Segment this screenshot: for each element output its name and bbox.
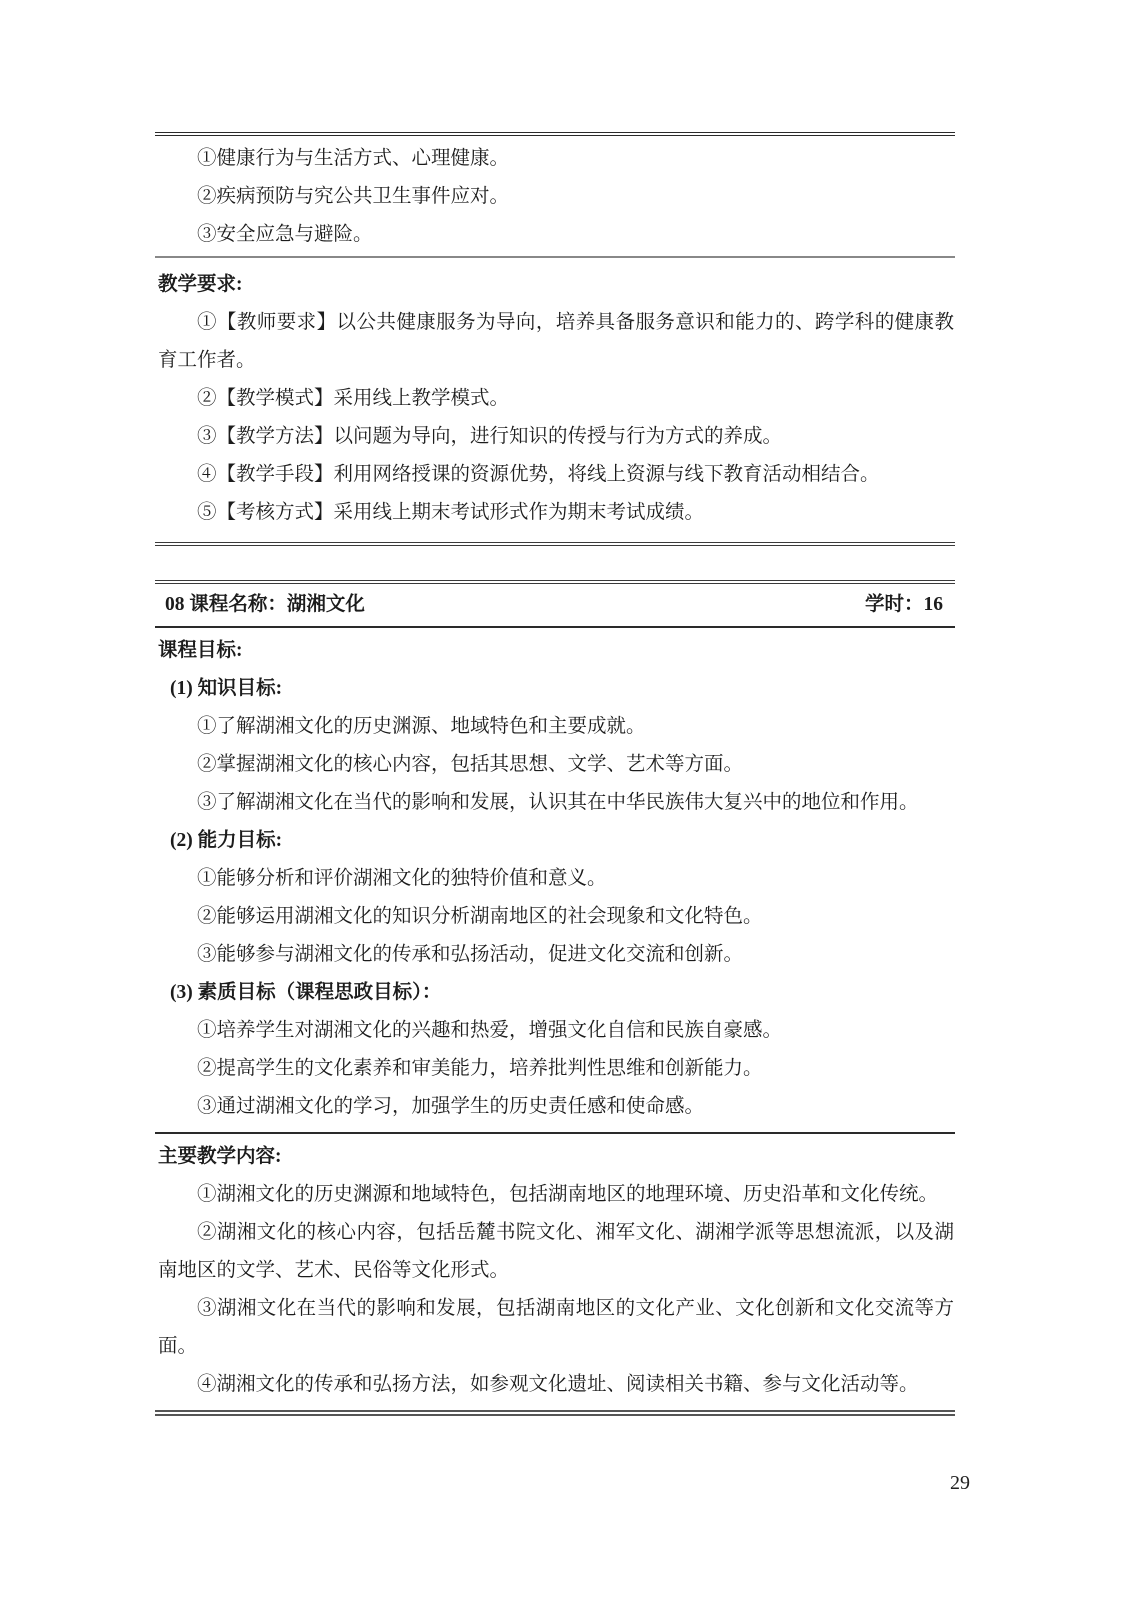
course-goals-heading: 课程目标: <box>155 632 955 670</box>
list-item: ②湖湘文化的核心内容，包括岳麓书院文化、湘军文化、湖湘学派等思想流派，以及湖南地… <box>155 1214 955 1290</box>
list-item: ⑤【考核方式】采用线上期末考试形式作为期末考试成绩。 <box>155 494 955 532</box>
list-item: ①了解湖湘文化的历史渊源、地域特色和主要成就。 <box>155 708 955 746</box>
list-item: ③能够参与湖湘文化的传承和弘扬活动，促进文化交流和创新。 <box>155 936 955 974</box>
list-item: ①【教师要求】以公共健康服务为导向，培养具备服务意识和能力的、跨学科的健康教育工… <box>155 304 955 380</box>
document-page: ①健康行为与生活方式、心理健康。 ②疾病预防与究公共卫生事件应对。 ③安全应急与… <box>0 0 1131 1600</box>
goal-group-title: (2) 能力目标: <box>155 822 955 860</box>
list-item: ④湖湘文化的传承和弘扬方法，如参观文化遗址、阅读相关书籍、参与文化活动等。 <box>155 1366 955 1404</box>
list-item: ②疾病预防与究公共卫生事件应对。 <box>155 178 955 216</box>
list-item: ①培养学生对湖湘文化的兴趣和热爱，增强文化自信和民族自豪感。 <box>155 1012 955 1050</box>
list-item: ①湖湘文化的历史渊源和地域特色，包括湖南地区的地理环境、历史沿革和文化传统。 <box>155 1176 955 1214</box>
document-content: ①健康行为与生活方式、心理健康。 ②疾病预防与究公共卫生事件应对。 ③安全应急与… <box>155 132 955 1416</box>
course-title: 08 课程名称：湖湘文化 <box>165 586 365 624</box>
list-item: ①能够分析和评价湖湘文化的独特价值和意义。 <box>155 860 955 898</box>
list-item: ③通过湖湘文化的学习，加强学生的历史责任感和使命感。 <box>155 1088 955 1126</box>
teaching-content: 主要教学内容: ①湖湘文化的历史渊源和地域特色，包括湖南地区的地理环境、历史沿革… <box>155 1134 955 1410</box>
section-prev-items: ①健康行为与生活方式、心理健康。 ②疾病预防与究公共卫生事件应对。 ③安全应急与… <box>155 132 955 256</box>
list-item: ③【教学方法】以问题为导向，进行知识的传授与行为方式的养成。 <box>155 418 955 456</box>
list-item: ②能够运用湖湘文化的知识分析湖南地区的社会现象和文化特色。 <box>155 898 955 936</box>
list-item: ③湖湘文化在当代的影响和发展，包括湖南地区的文化产业、文化创新和文化交流等方面。 <box>155 1290 955 1366</box>
section-teaching-requirements: 教学要求: ①【教师要求】以公共健康服务为导向，培养具备服务意识和能力的、跨学科… <box>155 256 955 546</box>
course-hours: 学时：16 <box>865 586 943 624</box>
list-item: ③安全应急与避险。 <box>155 216 955 254</box>
goal-group-title: (1) 知识目标: <box>155 670 955 708</box>
course-header-row: 08 课程名称：湖湘文化 学时：16 <box>155 584 955 628</box>
teaching-requirements-heading: 教学要求: <box>155 266 955 304</box>
list-item: ②【教学模式】采用线上教学模式。 <box>155 380 955 418</box>
page-number: 29 <box>950 1472 970 1495</box>
goal-group-title: (3) 素质目标（课程思政目标）： <box>155 974 955 1012</box>
section-course: 08 课程名称：湖湘文化 学时：16 课程目标: (1) 知识目标: ①了解湖湘… <box>155 580 955 1416</box>
teaching-content-heading: 主要教学内容: <box>155 1138 955 1176</box>
list-item: ①健康行为与生活方式、心理健康。 <box>155 140 955 178</box>
list-item: ④【教学手段】利用网络授课的资源优势，将线上资源与线下教育活动相结合。 <box>155 456 955 494</box>
list-item: ②掌握湖湘文化的核心内容，包括其思想、文学、艺术等方面。 <box>155 746 955 784</box>
list-item: ②提高学生的文化素养和审美能力，培养批判性思维和创新能力。 <box>155 1050 955 1088</box>
section-gap <box>155 546 955 580</box>
course-goals: 课程目标: (1) 知识目标: ①了解湖湘文化的历史渊源、地域特色和主要成就。 … <box>155 628 955 1134</box>
list-item: ③了解湖湘文化在当代的影响和发展，认识其在中华民族伟大复兴中的地位和作用。 <box>155 784 955 822</box>
